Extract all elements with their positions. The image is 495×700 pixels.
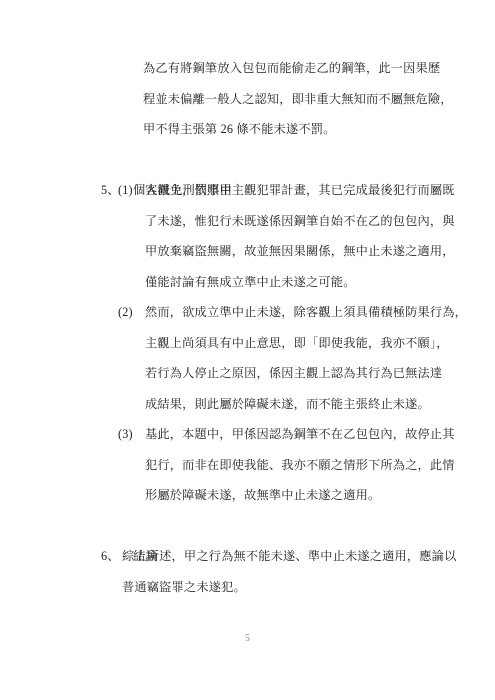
paragraph: 綜上所述，甲之行為無不能未遂、準中止未遂之適用，應論以普通竊盜罪之未遂犯。 — [122, 541, 495, 602]
item-lines: 基此，本題中，甲係因認為鋼筆不在乙包包內，故停止其犯行，而非在即使我能、我亦不願… — [145, 419, 495, 511]
text-line: 為乙有將鋼筆放入包包而能偷走乙的鋼筆，此一因果歷 — [143, 53, 495, 84]
text-line: 基此，本題中，甲係因認為鋼筆不在乙包包內，故停止其 — [145, 419, 495, 450]
document-body: 為乙有將鋼筆放入包包而能偷走乙的鋼筆，此一因果歷程並未偏離一般人之認知，即非重大… — [0, 0, 495, 602]
item-marker: (3) — [118, 419, 133, 450]
item-lines: 客觀上，依照甲主觀犯罪計畫，其已完成最後犯行而屬既了未遂，惟犯行未既遂係因鋼筆自… — [145, 175, 495, 297]
text-line: 了未遂，惟犯行未既遂係因鋼筆自始不在乙的包包內，與 — [145, 206, 495, 237]
section-heading: 6、結論 — [0, 511, 495, 542]
text-line: 成結果，則此屬於障礙未遂，而不能主張終止未遂。 — [145, 389, 495, 420]
text-line: 程並未偏離一般人之認知，即非重大無知而不屬無危險， — [143, 84, 495, 115]
text-line: 犯行，而非在即使我能、我亦不願之情形下所為之，此情 — [145, 450, 495, 481]
text-line: 主觀上尚須具有中止意思，即「即使我能，我亦不願」， — [145, 328, 495, 359]
list-item: (3) 基此，本題中，甲係因認為鋼筆不在乙包包內，故停止其犯行，而非在即使我能、… — [0, 419, 495, 511]
item-lines: 然而，欲成立準中止未遂，除客觀上須具備積極防果行為，主觀上尚須具有中止意思，即「… — [145, 297, 495, 419]
text-line: 甲不得主張第 26 條不能未遂不罰。 — [143, 114, 495, 145]
text-line: 客觀上，依照甲主觀犯罪計畫，其已完成最後犯行而屬既 — [145, 175, 495, 206]
item-marker: (1) — [118, 175, 133, 206]
item-marker: (2) — [118, 297, 133, 328]
text-line: 僅能討論有無成立準中止未遂之可能。 — [145, 267, 495, 298]
document-page: 為乙有將鋼筆放入包包而能偷走乙的鋼筆，此一因果歷程並未偏離一般人之認知，即非重大… — [0, 0, 495, 700]
list-item: (1) 客觀上，依照甲主觀犯罪計畫，其已完成最後犯行而屬既了未遂，惟犯行未既遂係… — [0, 175, 495, 297]
paragraph: 為乙有將鋼筆放入包包而能偷走乙的鋼筆，此一因果歷程並未偏離一般人之認知，即非重大… — [143, 53, 495, 145]
text-line: 甲放棄竊盜無關，故並無因果關係，無中止未遂之適用， — [145, 236, 495, 267]
text-line: 若行為人停止之原因，係因主觀上認為其行為已無法達 — [145, 358, 495, 389]
list-item: (2) 然而，欲成立準中止未遂，除客觀上須具備積極防果行為，主觀上尚須具有中止意… — [0, 297, 495, 419]
text-line: 綜上所述，甲之行為無不能未遂、準中止未遂之適用，應論以 — [122, 541, 495, 572]
text-line: 形屬於障礙未遂，故無準中止未遂之適用。 — [145, 480, 495, 511]
text-line: 普通竊盜罪之未遂犯。 — [122, 572, 495, 603]
page-number: 5 — [0, 633, 495, 644]
section-heading: 5、個人減免刑罰事由 — [0, 145, 495, 176]
text-line: 然而，欲成立準中止未遂，除客觀上須具備積極防果行為， — [145, 297, 495, 328]
